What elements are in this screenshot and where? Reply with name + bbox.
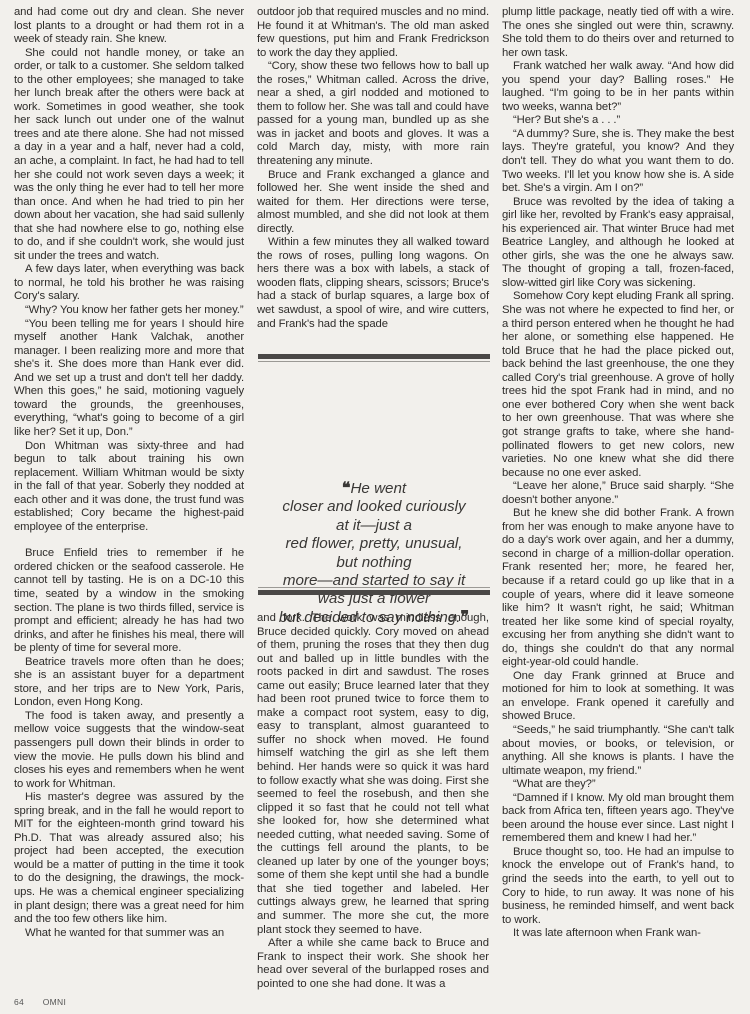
paragraph: One day Frank grinned at Bruce and motio… — [502, 670, 734, 724]
paragraph: and fork. The work was mindless enough, … — [257, 612, 489, 937]
text-column-1: and had come out dry and clean. She neve… — [14, 6, 244, 940]
paragraph: “Her? But she's a . . .” — [502, 114, 734, 128]
pullquote-bottom-rule — [258, 590, 490, 595]
paragraph: What he wanted for that summer was an — [14, 927, 244, 941]
paragraph: Bruce was revolted by the idea of taking… — [502, 196, 734, 291]
paragraph: “What are they?” — [502, 778, 734, 792]
paragraph: “Why? You know her father gets her money… — [14, 304, 244, 318]
paragraph: “You been telling me for years I should … — [14, 318, 244, 440]
pull-quote-line: but nothing — [258, 554, 490, 572]
publication-name: OMNI — [43, 997, 66, 1007]
pull-quote-line: at it—just a — [258, 517, 490, 535]
paragraph: It was late afternoon when Frank wan- — [502, 927, 734, 941]
pullquote-bottom-rule-thin — [258, 587, 490, 588]
paragraph: outdoor job that required muscles and no… — [257, 6, 489, 60]
pull-quote-line: ❝He went — [258, 480, 490, 498]
page-number: 64 — [14, 997, 24, 1007]
paragraph: The food is taken away, and presently a … — [14, 710, 244, 791]
page-footer: 64 OMNI — [14, 997, 82, 1007]
paragraph: His master's degree was assured by the s… — [14, 791, 244, 926]
paragraph: A few days later, when everything was ba… — [14, 263, 244, 304]
paragraph: Frank watched her walk away. “And how di… — [502, 60, 734, 114]
paragraph: After a while she came back to Bruce and… — [257, 937, 489, 991]
pullquote-top-rule-thin — [258, 361, 490, 362]
paragraph: “Seeds,” he said triumphantly. “She can'… — [502, 724, 734, 778]
pull-quote-line: red flower, pretty, unusual, — [258, 535, 490, 553]
paragraph: Beatrice travels more often than he does… — [14, 656, 244, 710]
text-column-2-bottom: and fork. The work was mindless enough, … — [257, 612, 489, 991]
paragraph: Don Whitman was sixty-three and had begu… — [14, 440, 244, 535]
paragraph: and had come out dry and clean. She neve… — [14, 6, 244, 47]
paragraph: “A dummy? Sure, she is. They make the be… — [502, 128, 734, 196]
pull-quote: ❝He went closer and looked curiously at … — [258, 480, 490, 627]
paragraph: “Damned if I know. My old man brought th… — [502, 792, 734, 846]
paragraph: But he knew she did bother Frank. A frow… — [502, 507, 734, 670]
paragraph: “Cory, show these two fellows how to bal… — [257, 60, 489, 168]
text-column-3: plump little package, neatly tied off wi… — [502, 6, 734, 941]
paragraph: Somehow Cory kept eluding Frank all spri… — [502, 290, 734, 480]
pull-quote-line: closer and looked curiously — [258, 498, 490, 516]
paragraph: She could not handle money, or take an o… — [14, 47, 244, 264]
section-break-paragraph: Bruce Enfield tries to remember if he or… — [14, 547, 244, 655]
pullquote-top-rule — [258, 354, 490, 359]
paragraph: plump little package, neatly tied off wi… — [502, 6, 734, 60]
paragraph: Bruce thought so, too. He had an impulse… — [502, 846, 734, 927]
text-column-2-top: outdoor job that required muscles and no… — [257, 6, 489, 331]
paragraph: Bruce and Frank exchanged a glance and f… — [257, 169, 489, 237]
paragraph: “Leave her alone,” Bruce said sharply. “… — [502, 480, 734, 507]
paragraph: Within a few minutes they all walked tow… — [257, 236, 489, 331]
